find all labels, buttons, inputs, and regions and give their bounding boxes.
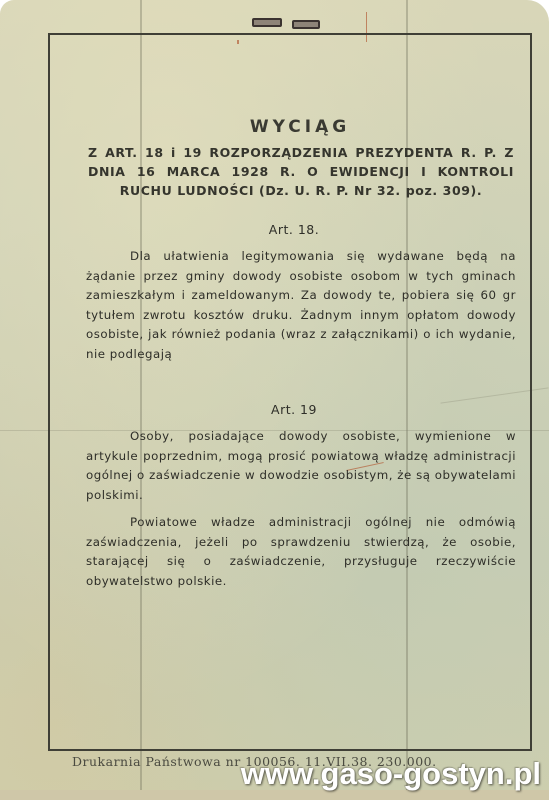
website-watermark: www.gaso-gostyn.pl	[241, 756, 541, 792]
document-content: WYCIĄG Z ART. 18 i 19 ROZPORZĄDZENIA PRE…	[64, 117, 524, 591]
paragraph-text: Powiatowe władze administracji ogólnej n…	[86, 515, 516, 588]
article-heading: Art. 19	[64, 402, 524, 417]
article-19: Art. 19 Osoby, posiadające dowody osobis…	[64, 402, 524, 591]
article-18: Art. 18. Dla ułatwienia legitymowania si…	[64, 222, 524, 364]
article-paragraph: Powiatowe władze administracji ogólnej n…	[64, 513, 524, 591]
article-paragraph: Dla ułatwienia legitymowania się wydawan…	[64, 247, 524, 364]
staple-hole	[252, 18, 282, 27]
article-heading: Art. 18.	[64, 222, 524, 237]
document-subtitle: Z ART. 18 i 19 ROZPORZĄDZENIA PREZYDENTA…	[64, 143, 524, 200]
document-title: WYCIĄG	[76, 117, 524, 137]
staple-hole	[292, 20, 320, 29]
paragraph-text: Dla ułatwienia legitymowania się wydawan…	[86, 249, 516, 361]
paragraph-text: Osoby, posiadające dowody osobiste, wymi…	[86, 429, 516, 502]
id-card-back-page: WYCIĄG Z ART. 18 i 19 ROZPORZĄDZENIA PRE…	[0, 0, 549, 800]
article-paragraph: Osoby, posiadające dowody osobiste, wymi…	[64, 427, 524, 505]
